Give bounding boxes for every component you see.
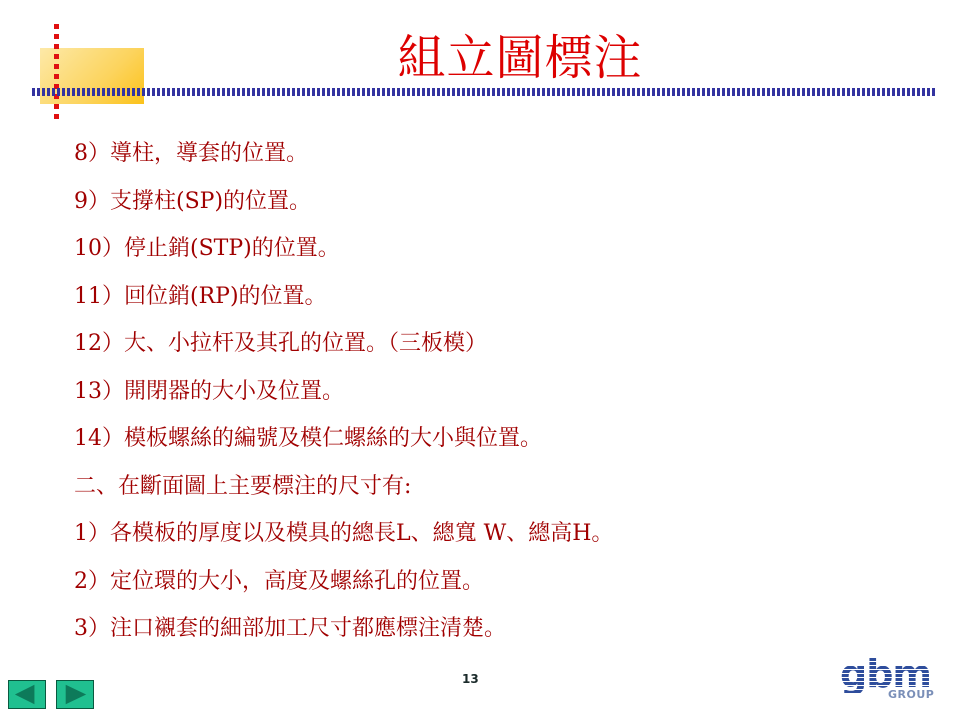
content-line: 14）模板螺絲的編號及模仁螺絲的大小與位置。	[74, 419, 934, 467]
triangle-left-icon	[9, 681, 45, 708]
content-line: 12）大、小拉杆及其孔的位置。（三板模）	[74, 324, 934, 372]
logo-sub-text: GROUP	[888, 688, 934, 701]
content-line: 13）開閉器的大小及位置。	[74, 372, 934, 420]
gbm-group-logo: gbm GROUP	[840, 660, 940, 704]
section-heading: 二、在斷面圖上主要標注的尺寸有:	[74, 467, 934, 515]
content-line: 9）支撐柱(SP)的位置。	[74, 182, 934, 230]
content-line: 11）回位銷(RP)的位置。	[74, 277, 934, 325]
content-line: 8）導柱，導套的位置。	[74, 134, 934, 182]
slide-title: 組立圖標注	[330, 26, 710, 90]
triangle-right-icon	[57, 681, 93, 708]
page-number: 13	[462, 672, 479, 686]
content-line: 3）注口襯套的細部加工尺寸都應標注清楚。	[74, 609, 934, 657]
slide-content: 8）導柱，導套的位置。 9）支撐柱(SP)的位置。 10）停止銷(STP)的位置…	[74, 134, 934, 657]
previous-slide-button[interactable]	[8, 680, 46, 709]
decorative-red-dotted-line	[54, 24, 59, 120]
content-line: 10）停止銷(STP)的位置。	[74, 229, 934, 277]
next-slide-button[interactable]	[56, 680, 94, 709]
content-line: 1）各模板的厚度以及模具的總長L、總寬 W、總高H。	[74, 514, 934, 562]
content-line: 2）定位環的大小，高度及螺絲孔的位置。	[74, 562, 934, 610]
